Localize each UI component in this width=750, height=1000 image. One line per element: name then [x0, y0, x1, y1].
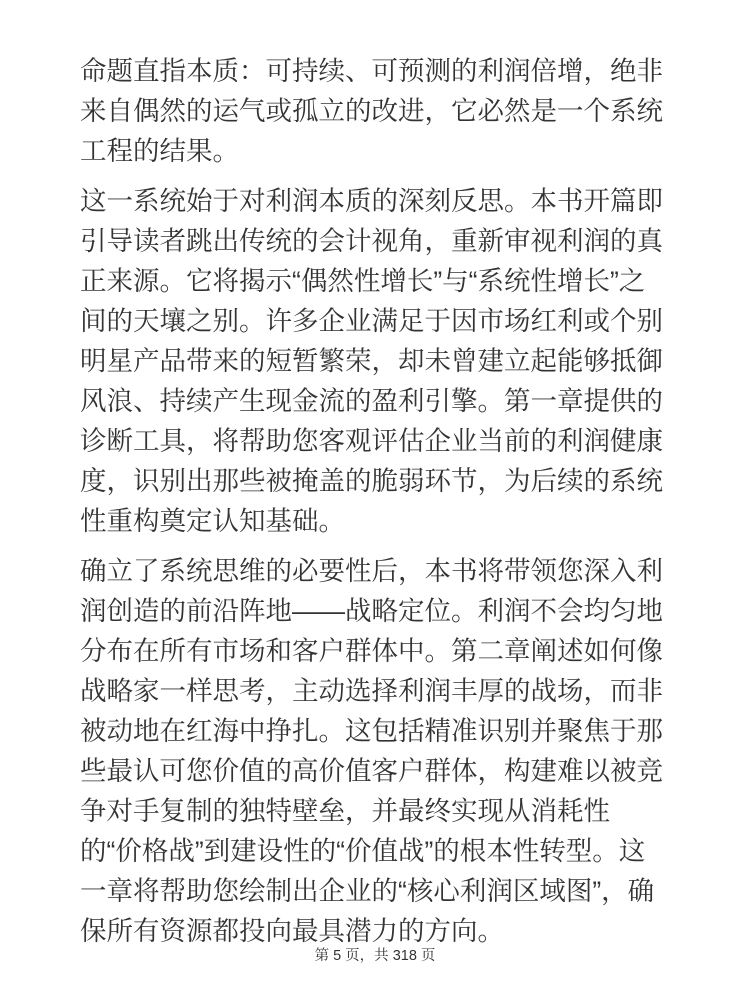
page-content: 命题直指本质：可持续、可预测的利润倍增，绝非来自偶然的运气或孤立的改进，它必然是…: [0, 0, 750, 951]
paragraph-1: 命题直指本质：可持续、可预测的利润倍增，绝非来自偶然的运气或孤立的改进，它必然是…: [80, 51, 670, 171]
paragraph-2: 这一系统始于对利润本质的深刻反思。本书开篇即引导读者跳出传统的会计视角，重新审视…: [80, 181, 670, 541]
document-page: 命题直指本质：可持续、可预测的利润倍增，绝非来自偶然的运气或孤立的改进，它必然是…: [0, 0, 750, 1000]
paragraph-3: 确立了系统思维的必要性后，本书将带领您深入利润创造的前沿阵地——战略定位。利润不…: [80, 551, 670, 951]
page-number-footer: 第 5 页，共 318 页: [0, 946, 750, 966]
